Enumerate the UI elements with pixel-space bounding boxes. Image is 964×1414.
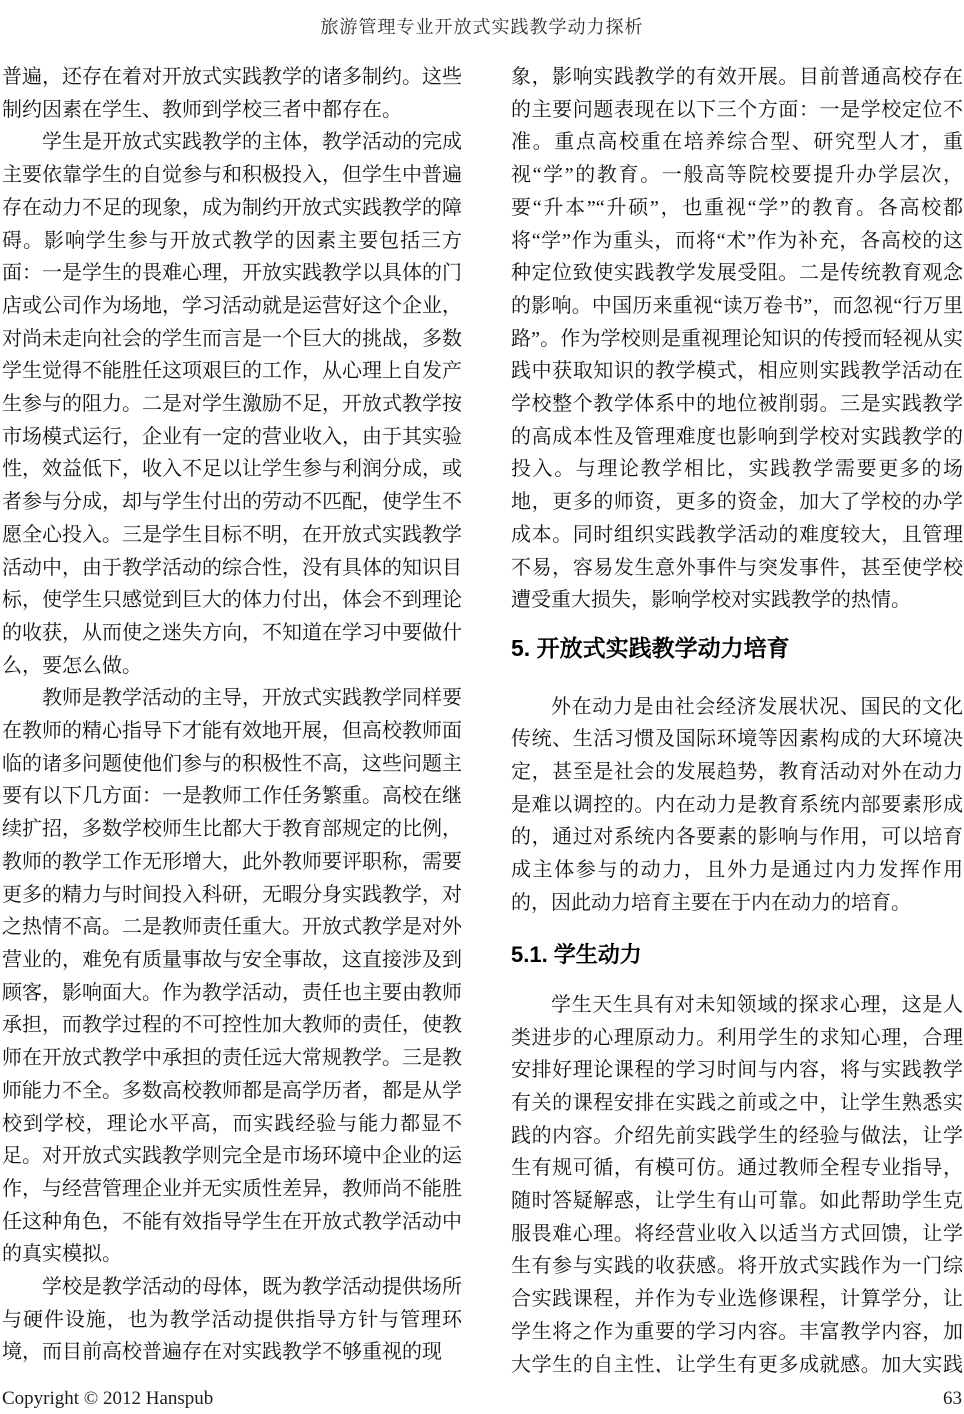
section-heading-5: 5. 开放式实践教学动力培育: [511, 635, 963, 663]
right-column: 象，影响实践教学的有效开展。目前普通高校存在的主要问题表现在以下三个方面：一是学…: [511, 61, 963, 1373]
page-footer: Copyright © 2012 Hanspub 63: [2, 1388, 962, 1410]
paragraph-student-factors: 学生是开放式实践教学的主体，教学活动的完成主要依靠学生的自觉参与和积极投入，但学…: [2, 126, 462, 682]
copyright-text: Copyright © 2012 Hanspub: [2, 1388, 213, 1410]
paragraph-motivation-cultivation: 外在动力是由社会经济发展状况、国民的文化传统、生活习惯及国际环境等因素构成的大环…: [511, 691, 963, 920]
paragraph-school-problems-cont: 象，影响实践教学的有效开展。目前普通高校存在的主要问题表现在以下三个方面：一是学…: [511, 61, 963, 617]
paragraph-students-constraints-cont: 普遍，还存在着对开放式实践教学的诸多制约。这些制约因素在学生、教师到学校三者中都…: [2, 61, 462, 126]
paragraph-student-motivation: 学生天生具有对未知领域的探求心理，这是人类进步的心理原动力。利用学生的求知心理，…: [511, 989, 963, 1373]
paragraph-school-factors: 学校是教学活动的母体，既为教学活动提供场所与硬件设施，也为教学活动提供指导方针与…: [2, 1271, 462, 1369]
page-number: 63: [943, 1388, 962, 1410]
paragraph-teacher-factors: 教师是教学活动的主导，开放式实践教学同样要在教师的精心指导下才能有效地开展，但高…: [2, 682, 462, 1271]
left-column: 普遍，还存在着对开放式实践教学的诸多制约。这些制约因素在学生、教师到学校三者中都…: [2, 61, 462, 1373]
paper-page: 旅游管理专业开放式实践教学动力探析 普遍，还存在着对开放式实践教学的诸多制约。这…: [0, 0, 964, 1414]
running-head-title: 旅游管理专业开放式实践教学动力探析: [0, 13, 964, 39]
subsection-heading-5-1: 5.1. 学生动力: [511, 942, 963, 968]
